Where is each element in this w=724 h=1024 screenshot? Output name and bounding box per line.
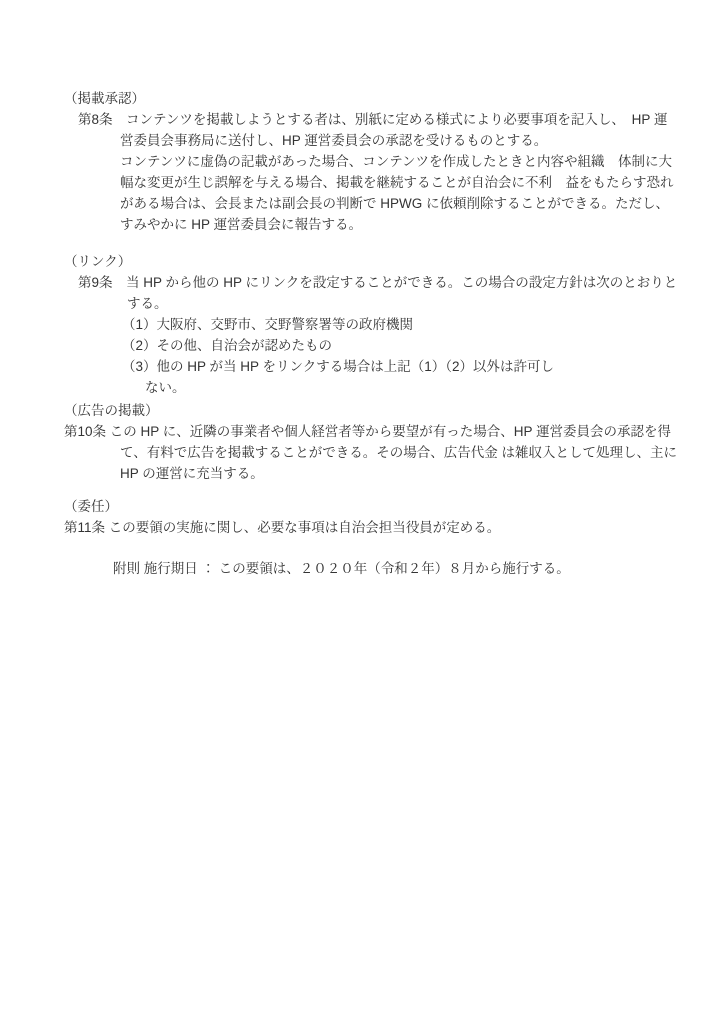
section-heading: （委任） <box>0 496 724 517</box>
list-item: （3）他の HP が当 HP をリンクする場合は上記（1）（2）以外は許可し <box>0 356 724 377</box>
doc-line: HP の運営に充当する。 <box>0 463 724 484</box>
doc-line: 第8条 コンテンツを掲載しようとする者は、別紙に定める様式により必要事項を記入し… <box>0 109 724 130</box>
section-link: （リンク） 第9条 当 HP から他の HP にリンクを設定することができる。こ… <box>0 251 724 398</box>
section-keisai-shounin: （掲載承認） 第8条 コンテンツを掲載しようとする者は、別紙に定める様式により必… <box>0 88 724 235</box>
doc-line: て、有料で広告を掲載することができる。その場合、広告代金 は雑収入として処理し、… <box>0 442 724 463</box>
list-item: （2）その他、自治会が認めたもの <box>0 335 724 356</box>
section-heading: （掲載承認） <box>0 88 724 109</box>
doc-line: する。 <box>0 293 724 314</box>
doc-line: 幅な変更が生じ誤解を与える場合、掲載を継続することが自治会に不利 益をもたらす恐… <box>0 172 724 193</box>
doc-line: 第9条 当 HP から他の HP にリンクを設定することができる。この場合の設定… <box>0 272 724 293</box>
doc-line: 営委員会事務局に送付し、HP 運営委員会の承認を受けるものとする。 <box>0 130 724 151</box>
section-inin: （委任） 第11条 この要領の実施に関し、必要な事項は自治会担当役員が定める。 <box>0 496 724 538</box>
doc-line: ない。 <box>0 377 724 398</box>
section-koukoku: （広告の掲載） 第10条 この HP に、近隣の事業者や個人経営者等から要望が有… <box>0 400 724 484</box>
section-heading: （リンク） <box>0 251 724 272</box>
doc-line: すみやかに HP 運営委員会に報告する。 <box>0 214 724 235</box>
appendix-line: 附則 施行期日 ： この要領は、２０２０年（令和２年）８月から施行する。 <box>0 558 724 579</box>
doc-line: がある場合は、会長または副会長の判断で HPWG に依頼削除することができる。た… <box>0 193 724 214</box>
doc-line: コンテンツに虚偽の記載があった場合、コンテンツを作成したときと内容や組織 体制に… <box>0 151 724 172</box>
doc-line: 第11条 この要領の実施に関し、必要な事項は自治会担当役員が定める。 <box>0 517 724 538</box>
list-item: （1）大阪府、交野市、交野警察署等の政府機関 <box>0 314 724 335</box>
doc-line: 第10条 この HP に、近隣の事業者や個人経営者等から要望が有った場合、HP … <box>0 421 724 442</box>
section-heading: （広告の掲載） <box>0 400 724 421</box>
document-page: （掲載承認） 第8条 コンテンツを掲載しようとする者は、別紙に定める様式により必… <box>0 0 724 1024</box>
